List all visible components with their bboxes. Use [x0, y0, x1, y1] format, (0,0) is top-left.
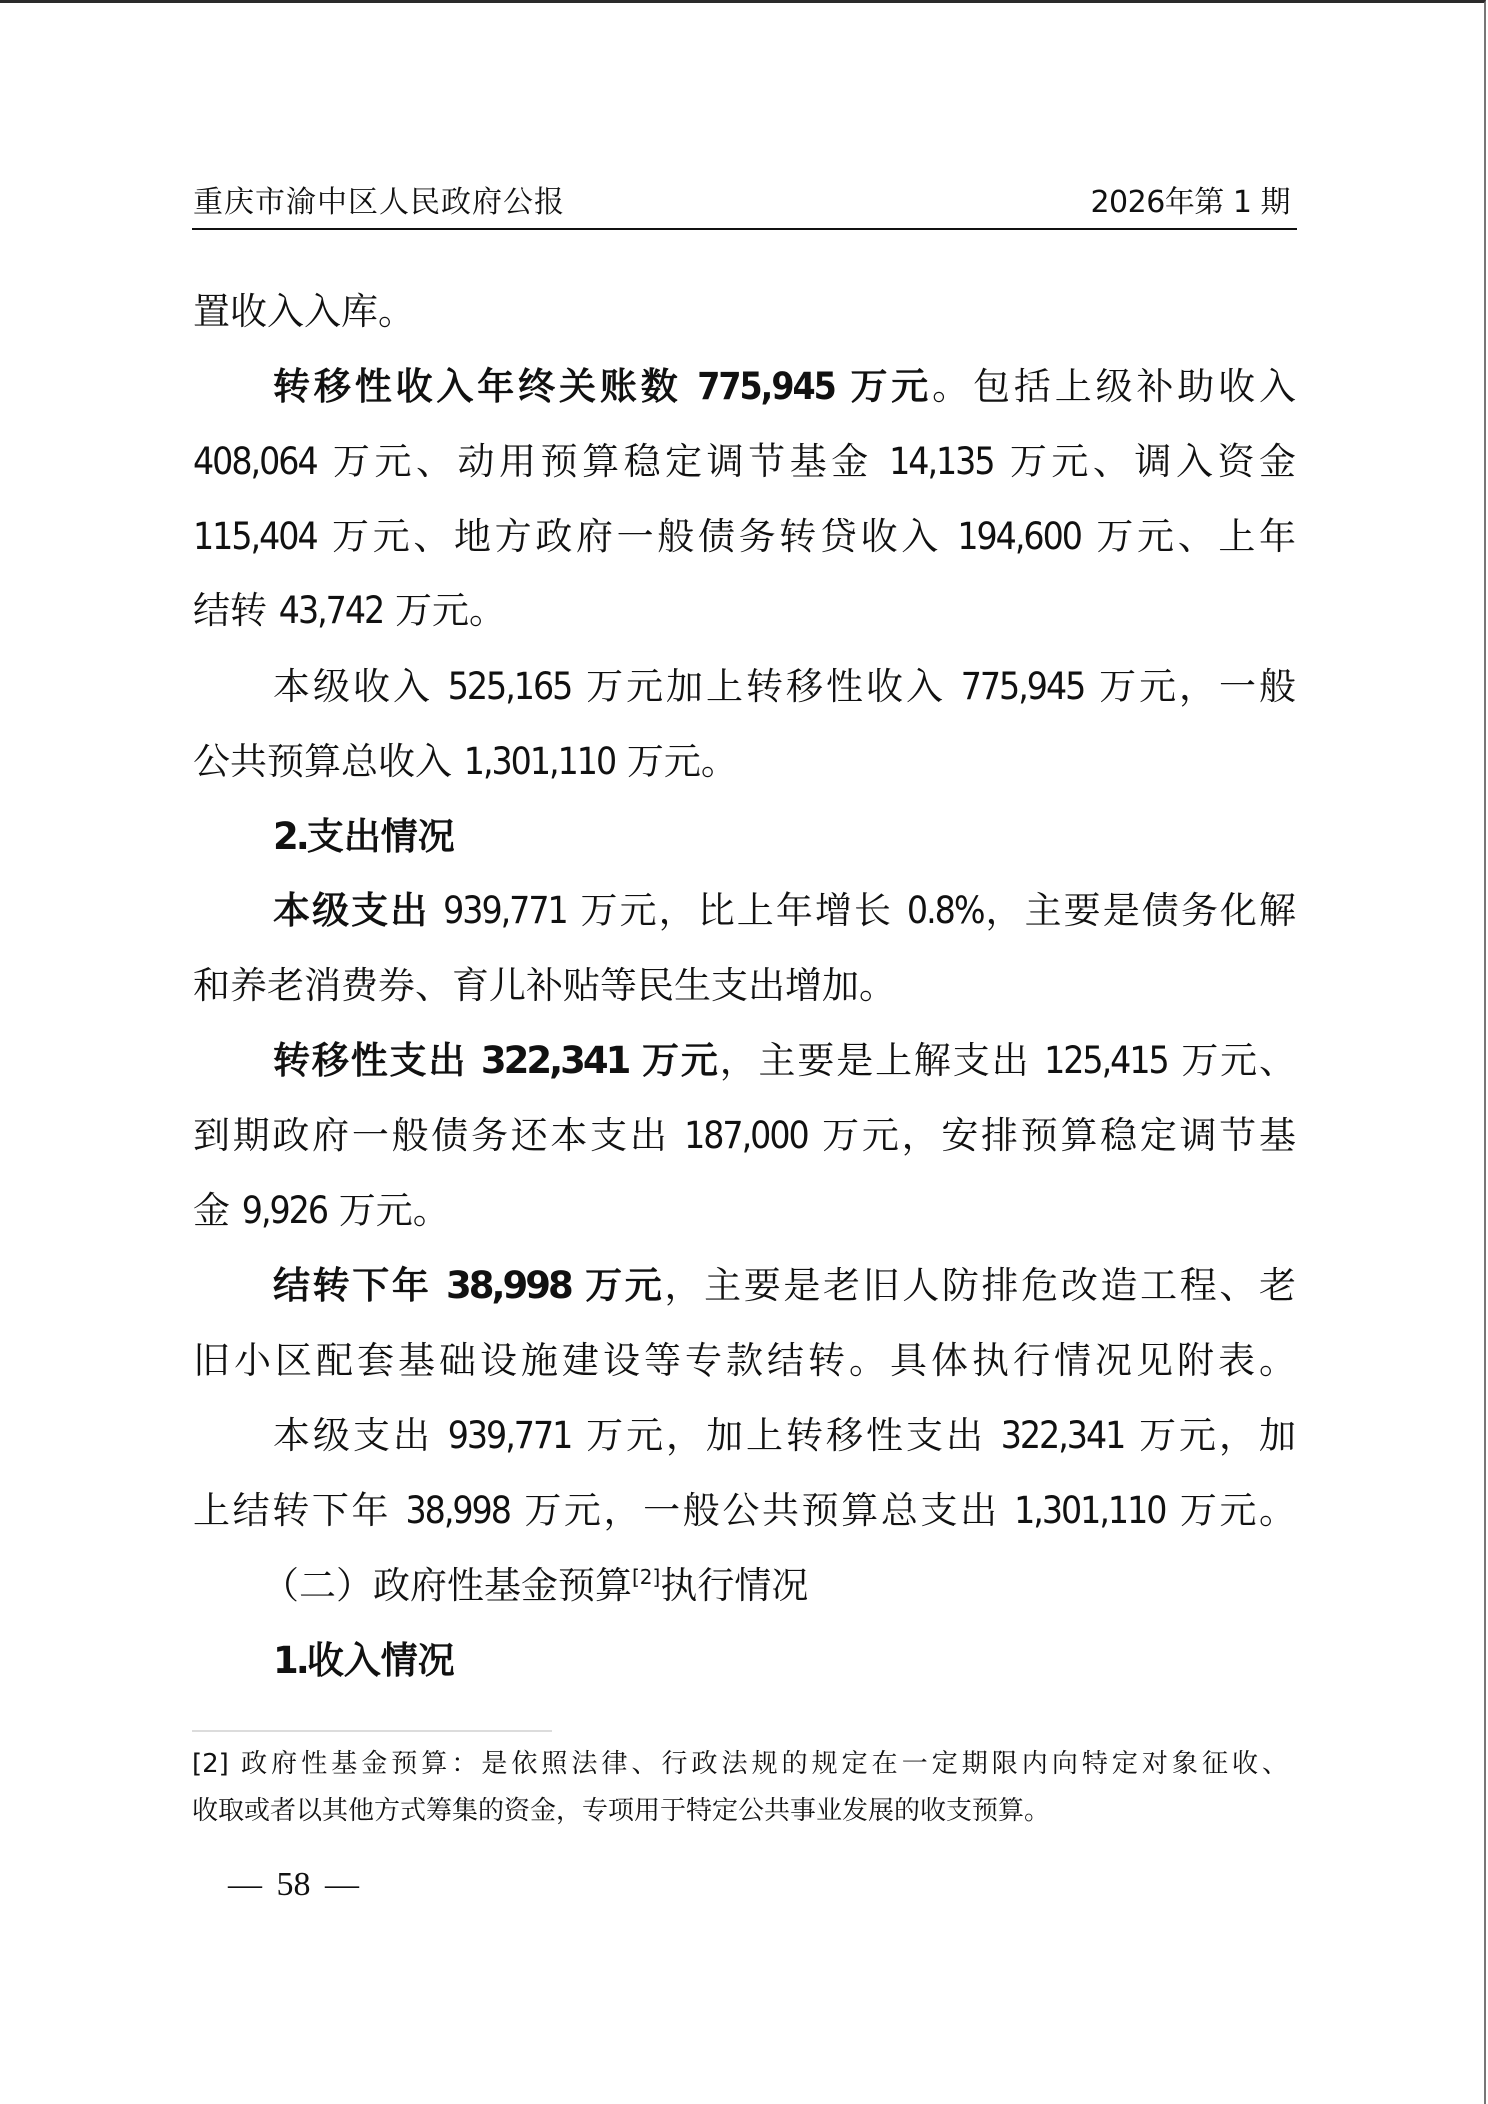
footnote-line: 收取或者以其他方式筹集的资金，专项用于特定公共事业发展的收支预算。 [192, 1791, 1288, 1831]
dash: — [325, 1866, 359, 1903]
unit: 万元 [850, 365, 932, 408]
amount: 1,301,110 [1014, 1489, 1165, 1532]
heading-number: 1. [273, 1639, 307, 1682]
amount: 939,771 [443, 889, 567, 932]
text: 万元，加上转移性支出 [586, 1414, 986, 1457]
paragraph-total-expenditure: 本级支出 939,771 万元，加上转移性支出 322,341 万元，加 [273, 1408, 1296, 1464]
text: 万元、调入资金 [1010, 440, 1296, 483]
header-rule [192, 228, 1297, 230]
footnote-ref-link[interactable]: [2] [632, 1565, 660, 1589]
text: 万元、动用预算稳定调节基金 [333, 440, 873, 483]
text-line: 公共预算总收入 1,301,110 万元。 [193, 734, 1296, 790]
section-heading-fund-budget: （二）政府性基金预算[2]执行情况 [262, 1558, 1296, 1614]
amount: 14,135 [889, 440, 993, 483]
issue-number: 1 [1233, 185, 1252, 220]
amount: 322,341 [1001, 1414, 1125, 1457]
publication-title: 重庆市渝中区人民政府公报 [193, 181, 565, 225]
text-line: 上结转下年 38,998 万元，一般公共预算总支出 1,301,110 万元。 [193, 1483, 1296, 1539]
footnote-line: [2] 政府性基金预算：是依照法律、行政法规的规定在一定期限内向特定对象征收、 [192, 1744, 1288, 1784]
text-line: 旧小区配套基础设施建设等专款结转。具体执行情况见附表。 [193, 1333, 1296, 1389]
text: 万元。 [1180, 1489, 1296, 1532]
text-line: 金 9,926 万元。 [193, 1183, 1296, 1239]
text: 万元，比上年增长 [581, 889, 894, 932]
amount: 9,926 [242, 1189, 327, 1232]
text: ，主要是上解支出 [720, 1039, 1031, 1082]
text-line: 和养老消费券、育儿补贴等民生支出增加。 [193, 958, 1296, 1014]
amount: 1,301,110 [464, 740, 615, 783]
text: ，主要是老旧人防排危改造工程、老 [664, 1264, 1296, 1307]
heading-title: 支出情况 [307, 815, 455, 858]
page-number-value: 58 [277, 1866, 311, 1903]
heading-text: 执行情况 [660, 1564, 808, 1607]
text: 万元，加 [1139, 1414, 1296, 1457]
unit: 万元 [642, 1039, 720, 1082]
amount: 38,998 [405, 1489, 509, 1532]
page-number: — 58 — [228, 1863, 359, 1907]
amount: 194,600 [957, 515, 1081, 558]
text: 本级收入 [273, 665, 433, 708]
text-line: 置收入入库。 [193, 284, 1296, 340]
issue-year: 2026 [1090, 185, 1164, 220]
text-line: 到期政府一般债务还本支出 187,000 万元，安排预算稳定调节基 [193, 1108, 1296, 1164]
footnote-text: 政府性基金预算：是依照法律、行政法规的规定在一定期限内向特定对象征收、 [241, 1749, 1288, 1779]
text: 万元加上转移性收入 [586, 665, 946, 708]
text-line: 115,404 万元、地方政府一般债务转贷收入 194,600 万元、上年 [193, 509, 1296, 565]
paragraph-transfer-expenditure: 转移性支出 322,341 万元，主要是上解支出 125,415 万元、 [273, 1033, 1296, 1089]
text: 金 [193, 1189, 230, 1232]
paragraph-transfer-income: 转移性收入年终关账数 775,945 万元。包括上级补助收入 [273, 359, 1296, 415]
footnote-separator [192, 1730, 552, 1732]
paragraph-own-expenditure: 本级支出 939,771 万元，比上年增长 0.8%，主要是债务化解 [273, 883, 1296, 939]
amount: 43,742 [279, 589, 383, 632]
text: 万元。 [339, 1189, 450, 1232]
section-heading-expenditure: 2.支出情况 [273, 809, 1296, 865]
paragraph-carryover: 结转下年 38,998 万元，主要是老旧人防排危改造工程、老 [273, 1258, 1296, 1314]
text: 万元，一般公共预算总支出 [524, 1489, 999, 1532]
amount: 408,064 [193, 440, 317, 483]
amount: 775,945 [961, 665, 1085, 708]
text: 公共预算总收入 [193, 740, 452, 783]
text: 万元、 [1181, 1039, 1296, 1082]
heading-title: 收入情况 [307, 1639, 455, 1682]
text: 万元、地方政府一般债务转贷收入 [332, 515, 942, 558]
amount: 187,000 [684, 1114, 808, 1157]
text: 。包括上级补助收入 [932, 365, 1296, 408]
paragraph-total-income: 本级收入 525,165 万元加上转移性收入 775,945 万元，一般 [273, 659, 1296, 715]
text: 万元。 [395, 589, 506, 632]
amount: 775,945 [697, 365, 835, 408]
section-heading-income: 1.收入情况 [273, 1633, 1296, 1689]
text: 上结转下年 [193, 1489, 391, 1532]
footnote-marker: [2] [192, 1749, 229, 1779]
text: 万元、上年 [1096, 515, 1296, 558]
text: 本级支出 [273, 1414, 433, 1457]
text: ，主要是债务化解 [983, 889, 1296, 932]
document-page: 重庆市渝中区人民政府公报 2026年第 1 期 置收入入库。 转移性收入年终关账… [0, 0, 1486, 2104]
heading-text: （二）政府性基金预算 [262, 1564, 632, 1607]
amount: 125,415 [1044, 1039, 1168, 1082]
dash: — [228, 1866, 262, 1903]
amount: 322,341 [481, 1039, 629, 1082]
bold-lead: 转移性收入年终关账数 [273, 365, 682, 408]
bold-lead: 结转下年 [273, 1264, 432, 1307]
growth-rate: 0.8% [907, 889, 984, 932]
amount: 525,165 [448, 665, 572, 708]
issue-suffix: 期 [1261, 185, 1291, 220]
bold-lead: 转移性支出 [273, 1039, 467, 1082]
amount: 939,771 [448, 1414, 572, 1457]
issue-label: 2026年第 1 期 [1090, 181, 1290, 225]
amount: 115,404 [193, 515, 317, 558]
bold-lead: 本级支出 [273, 889, 429, 932]
text: 结转 [193, 589, 267, 632]
text: 万元。 [627, 740, 738, 783]
text-line: 结转 43,742 万元。 [193, 583, 1296, 639]
text: 万元，一般 [1099, 665, 1296, 708]
unit: 万元 [585, 1264, 664, 1307]
issue-year-suffix: 年第 [1165, 185, 1224, 220]
text: 万元，安排预算稳定调节基 [822, 1114, 1296, 1157]
text: 到期政府一般债务还本支出 [193, 1114, 670, 1157]
amount: 38,998 [446, 1264, 571, 1307]
heading-number: 2. [273, 815, 307, 858]
text-line: 408,064 万元、动用预算稳定调节基金 14,135 万元、调入资金 [193, 434, 1296, 490]
